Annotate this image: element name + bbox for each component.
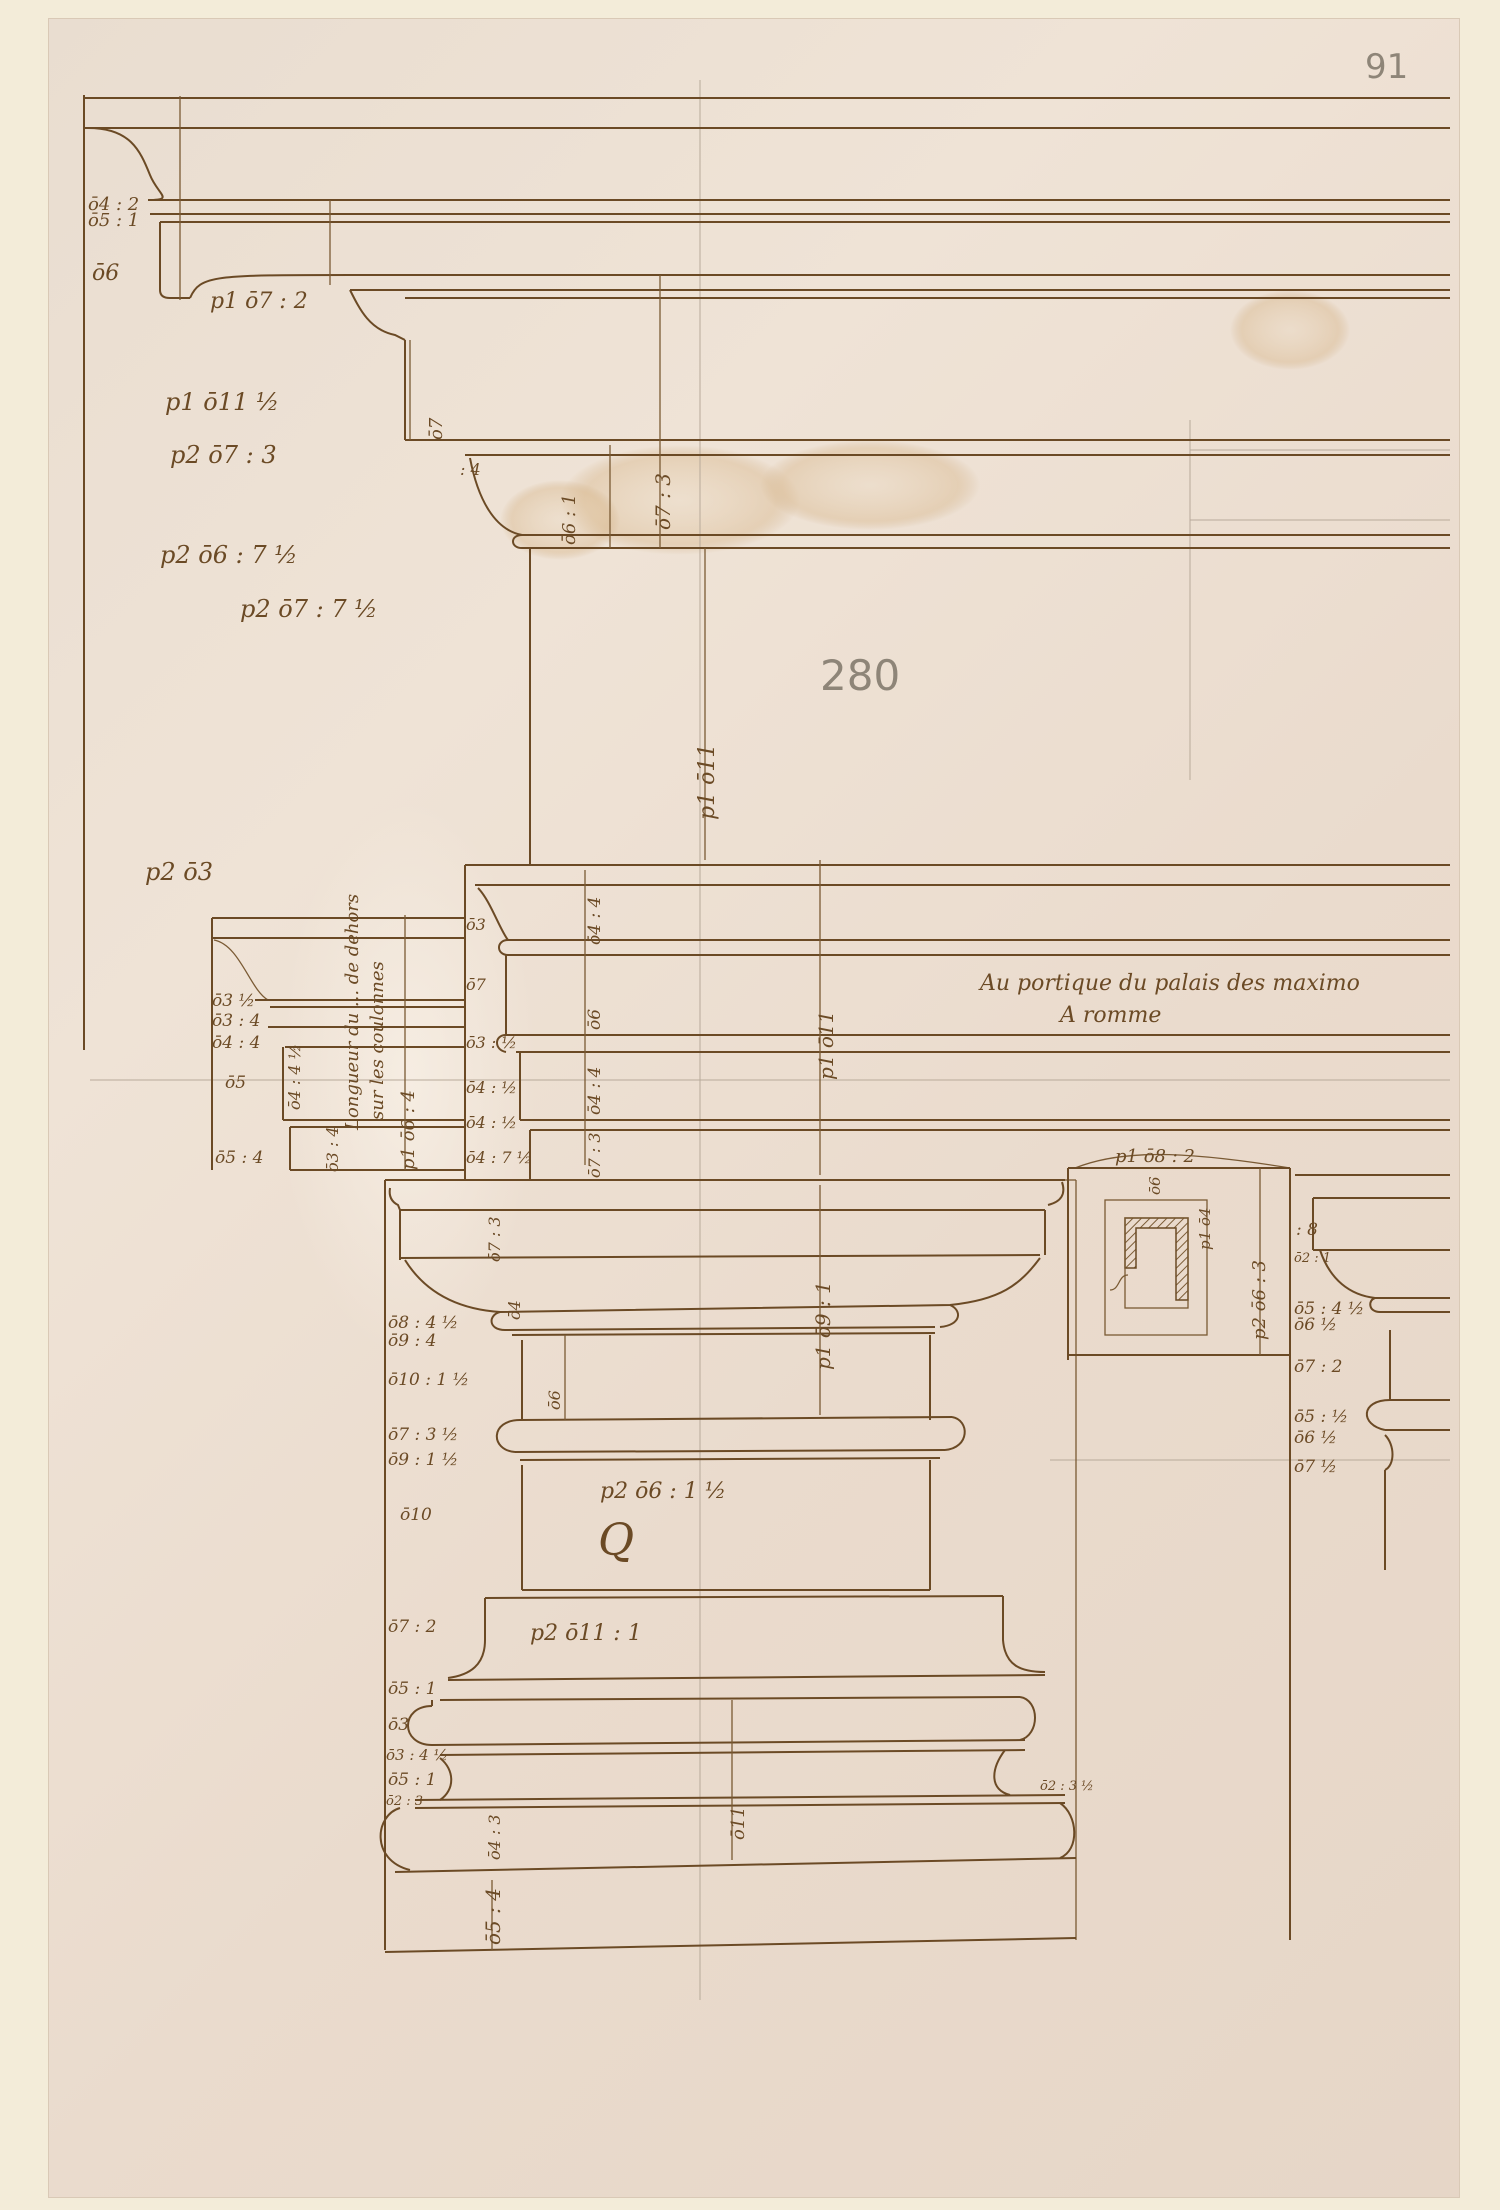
- vertical-note: Longueur du ... de dehors sur les coulon…: [342, 894, 388, 1131]
- pedestal-dimension-labels: ō3 ō7 ō3 : ½ ō4 : ½ ō4 : ½ ō4 : 7 ½ ō4 :…: [466, 897, 838, 1178]
- dimension-label: ō5 : 4: [481, 1888, 505, 1945]
- dimension-label: ō4 : 4: [585, 1067, 605, 1115]
- dimension-label: ō4 : 3: [485, 1814, 504, 1860]
- dimension-label: p1 ō8 : 2: [1115, 1146, 1195, 1167]
- dimension-label: ō6: [1146, 1176, 1164, 1195]
- dimension-label: ō8 : 4 ½: [388, 1313, 458, 1333]
- dimension-label: ō4 : ½: [466, 1078, 517, 1097]
- dimension-label: ō4 : ½: [466, 1113, 517, 1132]
- architectural-drawing: 91 280 Au portique du palais des maximo …: [48, 18, 1460, 2198]
- dimension-label: p2 ō3: [145, 858, 213, 886]
- dimension-label: p2 ō7 : 3: [170, 441, 277, 469]
- dimension-label: p2 ō11 : 1: [530, 1621, 642, 1646]
- dimension-label: ō5 : 1: [388, 1770, 436, 1790]
- dimension-label: ō6 : 1: [559, 494, 580, 545]
- dimension-label: p1 ō11: [695, 744, 720, 820]
- dimension-label: ō6 ½: [1294, 1428, 1337, 1448]
- dimension-label: ō7: [426, 417, 447, 440]
- letter-mark: Q: [598, 1515, 634, 1566]
- dimension-label: ō4 : 4: [212, 1033, 260, 1053]
- folio-number-text: 91: [1365, 47, 1408, 87]
- dimension-label: ō7 : 3 ½: [388, 1425, 458, 1445]
- dimension-label: ō7: [466, 975, 487, 994]
- dimension-label: ō5 : ½: [1294, 1407, 1348, 1427]
- dimension-label: ō10 : 1 ½: [388, 1370, 469, 1390]
- dimension-label: ō7 ½: [1294, 1457, 1337, 1477]
- dimension-label: ō6: [92, 261, 119, 286]
- dimension-label: ō7 : 3: [485, 1216, 504, 1262]
- dimension-label: ō2 : 1: [1294, 1251, 1331, 1266]
- dimension-label: p2 ō6 : 1 ½: [600, 1479, 726, 1504]
- inscription-line-1: Au portique du palais des maximo: [978, 971, 1360, 996]
- dimension-label: ō7 : 2: [1294, 1357, 1342, 1377]
- pedestal-cornice-profile: [465, 860, 1450, 1180]
- dimension-label: ō4 : 4: [585, 897, 605, 945]
- entablature-profile: [84, 95, 1450, 1050]
- dimension-label: ō7 : 2: [388, 1617, 436, 1637]
- dimension-label: p2 ō7 : 7 ½: [240, 595, 377, 623]
- dimension-label: p1 ō11 ½: [165, 388, 279, 416]
- dimension-label: ō6 ½: [1294, 1315, 1337, 1335]
- dimension-label: ō5 : 1: [388, 1679, 436, 1699]
- column-base-dimension-labels: ō7 : 2 p2 ō11 : 1 ō5 : 1 ō3 ō3 : 4 ½ ō5 …: [386, 1617, 1094, 1945]
- right-detail-dimension-labels: p1 ō8 : 2 ō6 p1 ō4 p2 ō6 : 3 : 8 ō2 : 1 …: [1115, 1146, 1364, 1477]
- dimension-label: p1 ō4: [1196, 1208, 1214, 1251]
- title-inscription: Au portique du palais des maximo A romme: [978, 971, 1360, 1028]
- inscription-line-2: A romme: [1058, 1003, 1161, 1028]
- dimension-label: : 8: [1296, 1220, 1318, 1240]
- dimension-label: ō7 : 3: [651, 473, 675, 530]
- dimension-label: ō3 : 4: [323, 1126, 342, 1172]
- vertical-note-line-1: Longueur du ... de dehors: [342, 894, 363, 1131]
- dimension-label: p1 ō7 : 2: [210, 289, 308, 314]
- pencil-inventory-number: 280: [820, 651, 900, 700]
- dimension-label: ō4 : 4 ½: [285, 1044, 304, 1110]
- dimension-label: p1 ō6 : 4: [398, 1090, 419, 1170]
- dimension-label: ō4: [505, 1300, 524, 1320]
- dimension-label: p2 ō6 : 3: [1249, 1260, 1270, 1340]
- dimension-label: ō6: [545, 1390, 564, 1410]
- dimension-label: ō9 : 1 ½: [388, 1450, 458, 1470]
- dimension-label: p1 ō11: [814, 1011, 838, 1080]
- dimension-label: ō7 : 3: [585, 1132, 604, 1178]
- dimension-label: ō2 : 3 ½: [1040, 1779, 1094, 1794]
- dimension-label: ō3 : ½: [466, 1033, 517, 1052]
- dimension-label: ō5 : 1: [88, 210, 139, 231]
- column-capital-dimension-labels: ō8 : 4 ½ ō9 : 4 ō10 : 1 ½ ō7 : 3 ½ ō9 : …: [388, 1216, 835, 1566]
- dimension-label: p1 ō9 : 1: [811, 1281, 835, 1370]
- dimension-label: ō3 ½: [212, 991, 255, 1011]
- paper-sheet: 91 280 Au portique du palais des maximo …: [48, 18, 1460, 2198]
- dimension-label: ō2 : 3: [386, 1794, 423, 1809]
- dimension-label: ō5 : 4: [215, 1148, 263, 1168]
- dimension-label: ō9 : 4: [388, 1331, 436, 1351]
- folio-number: 91: [1365, 47, 1408, 87]
- dimension-label: ō3 : 4: [212, 1011, 260, 1031]
- vertical-note-line-2: sur les coulonnes: [367, 961, 388, 1120]
- dimension-label: ō10: [400, 1505, 432, 1525]
- pencil-underdrawing: [90, 80, 1450, 2000]
- dimension-label: ō6: [585, 1009, 605, 1030]
- dimension-label: p2 ō6 : 7 ½: [160, 541, 297, 569]
- dimension-label: ō3: [388, 1715, 409, 1735]
- dimension-label: ō5: [225, 1073, 246, 1093]
- dimension-label: ō4 : 7 ½: [466, 1148, 532, 1167]
- dimension-label: ō11: [728, 1806, 749, 1840]
- dimension-label: ō3 : 4 ½: [386, 1746, 448, 1764]
- dimension-label: ō3: [466, 915, 486, 934]
- dimension-label: : 4: [460, 460, 481, 479]
